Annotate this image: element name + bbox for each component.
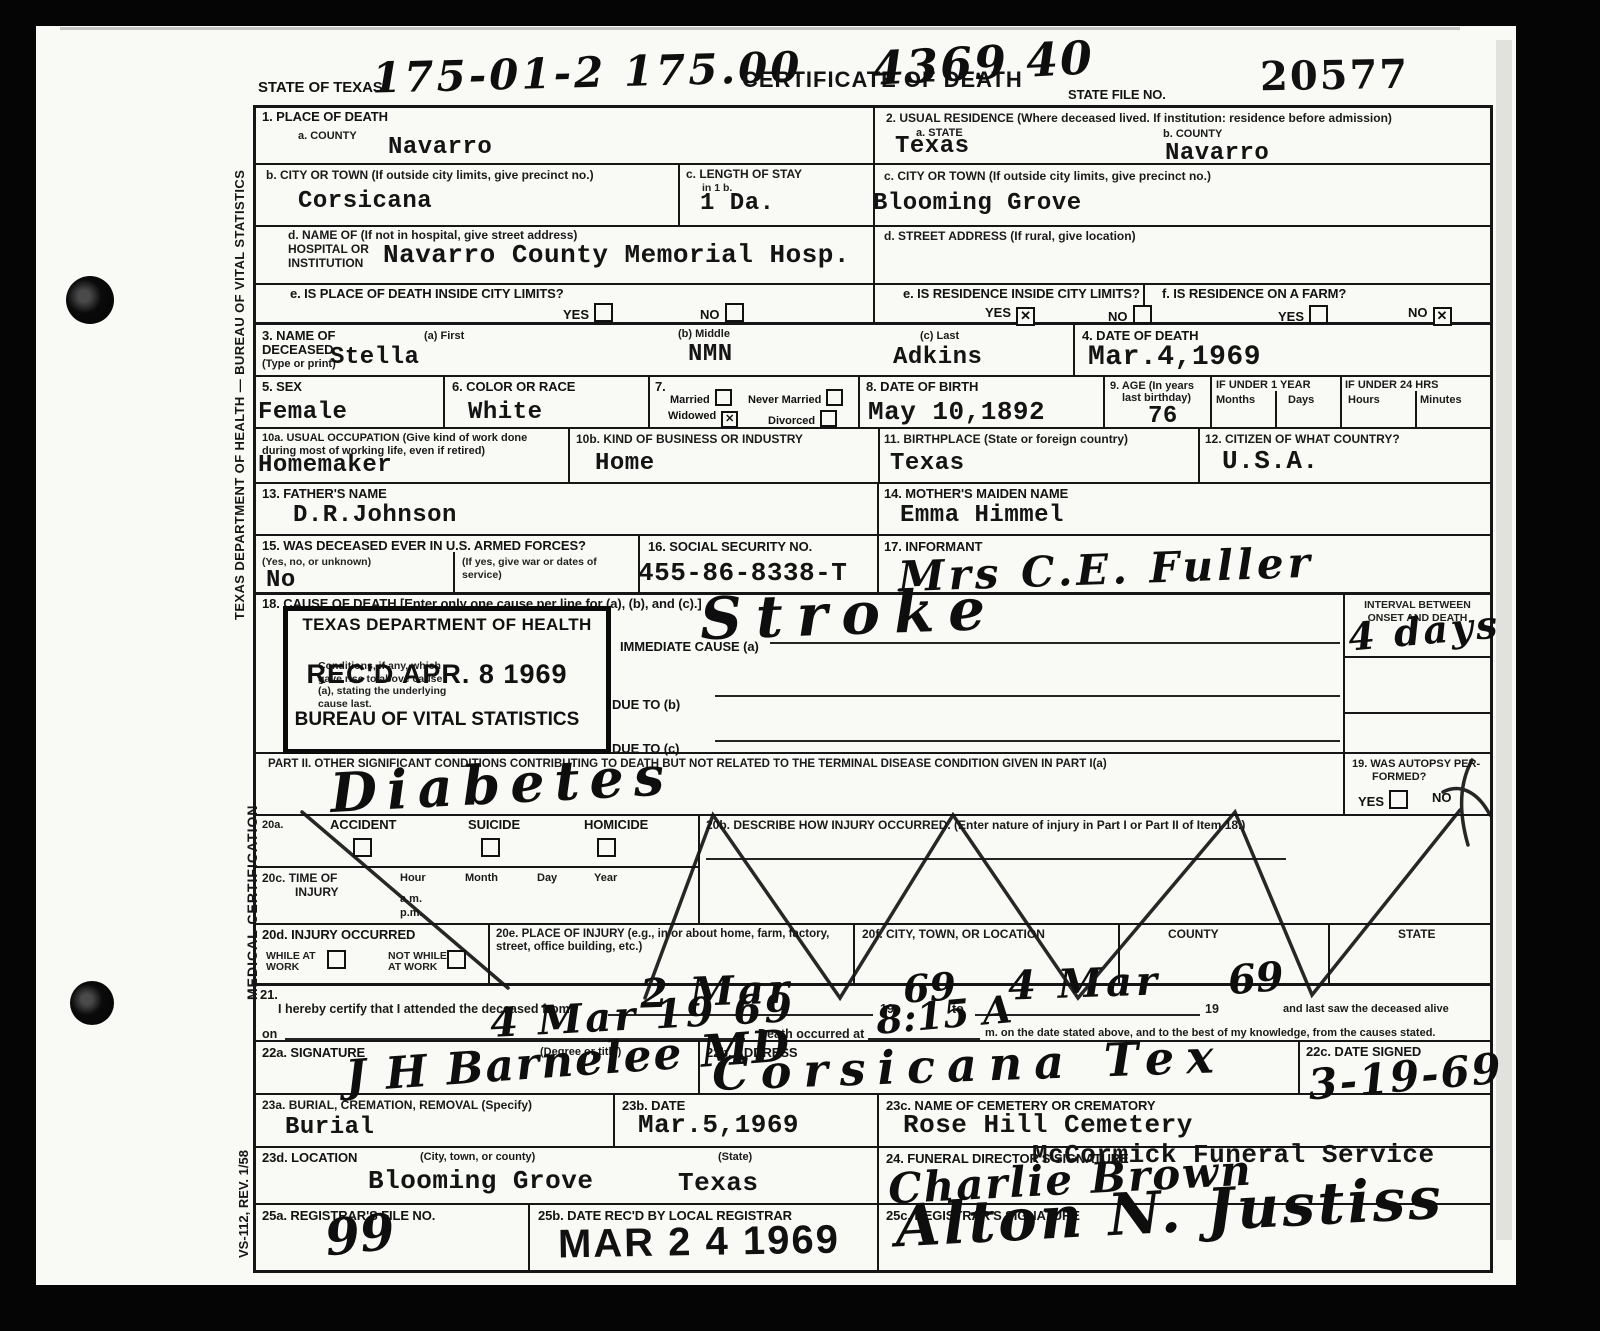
scan-edge-right [1516,0,1600,1331]
accident-suicide-homicide-num: 20a. [262,819,283,832]
checkbox-death-limits-yes [594,303,613,322]
homicide-checkbox-wrap [592,838,616,857]
while-at-work-label2: WORK [266,961,299,974]
burial-value: Burial [285,1114,374,1141]
fathers-name-label: 13. FATHER'S NAME [262,487,387,502]
if-under-24-hrs-label: IF UNDER 24 HRS [1345,379,1439,392]
birthplace-label: 11. BIRTHPLACE (State or foreign country… [884,433,1128,447]
not-while-at-work-checkbox-wrap [442,950,466,969]
checkbox-widowed: ✕ [721,411,738,428]
grid-line [253,1270,1493,1273]
grid-line [678,163,680,225]
middle-name-value: NMN [688,341,733,368]
checkbox-residence-limits-yes: ✕ [1016,307,1035,326]
residence-state-value: Texas [895,133,970,160]
grid-line [1328,923,1330,985]
city-or-town-label: b. CITY OR TOWN (If outside city limits,… [266,169,594,183]
hole-punch-top [66,276,114,324]
injury-city-label: 20f. CITY, TOWN, OR LOCATION [862,928,1045,942]
hospital-name-label2: HOSPITAL OR [288,243,369,257]
marital-divorced: Divorced [768,410,837,427]
length-of-stay-value: 1 Da. [700,190,775,217]
checkbox-suicide [481,838,500,857]
checkbox-farm-no: ✕ [1433,307,1452,326]
time-of-injury-label2: INJURY [295,886,339,900]
armed-forces-value: No [266,567,296,594]
death-inside-city-limits-label: e. IS PLACE OF DEATH INSIDE CITY LIMITS? [290,287,564,302]
residence-city-label: c. CITY OR TOWN (If outside city limits,… [884,170,1211,184]
checkbox-farm-yes [1309,305,1328,324]
while-at-work-checkbox-wrap [322,950,346,969]
hours-label: Hours [1348,394,1380,407]
scan-edge-top [0,0,1600,26]
marital-status-label: 7. [655,380,666,395]
grid-line [453,552,455,594]
death-limits-no: NO [700,303,744,322]
grid-line [253,375,1493,377]
grid-line [253,482,1493,484]
citizen-label: 12. CITIZEN OF WHAT COUNTRY? [1205,433,1400,447]
due-to-c-line [715,740,1340,742]
armed-forces-label: 15. WAS DECEASED EVER IN U.S. ARMED FORC… [262,539,632,554]
residence-on-farm-label: f. IS RESIDENCE ON A FARM? [1162,287,1346,302]
stamp-line2: REC'D APR. 8 1969 [288,659,586,690]
day-label: Day [537,872,557,885]
age-label: 9. AGE (In years [1110,380,1194,393]
county-label: a. COUNTY [298,130,357,143]
grid-line [1343,712,1490,714]
checkbox-residence-limits-no [1133,305,1152,324]
suicide-label: SUICIDE [468,818,520,833]
grid-line [1210,375,1212,429]
checkbox-divorced [820,410,837,427]
describe-injury-label: 20b. DESCRIBE HOW INJURY OCCURRED. (Ente… [706,819,1486,833]
certify-on: on [262,1027,277,1041]
hole-punch-bottom [70,981,114,1025]
mothers-maiden-name-label: 14. MOTHER'S MAIDEN NAME [884,487,1068,502]
am-label: a.m. [400,893,422,906]
cemetery-value: Rose Hill Cemetery [903,1110,1193,1140]
grid-line [253,534,1493,536]
scan-streak [60,27,1460,30]
residence-county-label: b. COUNTY [1163,128,1222,141]
autopsy-label: 19. WAS AUTOPSY PER- [1352,758,1480,771]
date-of-birth-value: May 10,1892 [868,397,1045,427]
race-value: White [468,399,543,426]
street-address-label: d. STREET ADDRESS (If rural, give locati… [884,230,1136,244]
certify-to-year: 69 [1226,953,1286,1005]
sidebar-form-number: VS-112, REV. 1/58 [236,1150,251,1258]
if-under-1-year-label: IF UNDER 1 YEAR [1216,379,1311,392]
length-of-stay-label: c. LENGTH OF STAY [686,168,802,182]
days-label: Days [1288,394,1314,407]
last-name-value: Adkins [893,344,982,371]
received-stamp: TEXAS DEPARTMENT OF HEALTH REC'D APR. 8 … [283,606,611,754]
grid-line [648,375,650,429]
not-while-at-work-label2: AT WORK [388,961,437,974]
grid-line [253,983,1493,986]
citizen-value: U.S.A. [1222,446,1319,476]
marital-never-married: Never Married [748,389,843,406]
injury-occurred-label: 20d. INJURY OCCURRED [262,928,415,943]
grid-line [253,923,1493,925]
marital-widowed: Widowed✕ [668,410,738,428]
scanned-death-certificate: TEXAS DEPARTMENT OF HEALTH — BUREAU OF V… [0,0,1600,1331]
grid-line [1275,391,1277,429]
immediate-cause-value: Stroke [699,575,1000,653]
hospital-name-label3: INSTITUTION [288,257,363,271]
grid-line [877,1093,879,1272]
burial-location-sub1: (City, town, or county) [420,1151,535,1164]
grid-line [853,923,855,985]
grid-line [253,427,1493,429]
grid-line [1490,105,1493,1273]
checkbox-accident [353,838,372,857]
grid-line [858,375,860,429]
due-to-b-label: DUE TO (b) [612,698,680,713]
date-received-stamp: MAR 2 4 1969 [558,1218,841,1268]
marital-married: Married [670,389,732,406]
fathers-name-value: D.R.Johnson [293,502,457,529]
ssn-label: 16. SOCIAL SECURITY NO. [648,540,812,555]
place-of-injury-label: 20e. PLACE OF INJURY (e.g., in or about … [496,928,841,954]
burial-date-value: Mar.5,1969 [638,1110,799,1140]
autopsy-yes: YES [1358,790,1408,809]
residence-city-value: Blooming Grove [873,190,1082,217]
state-file-no-label: STATE FILE NO. [1068,88,1166,103]
grid-line [253,105,256,1273]
grid-line [1298,1040,1300,1095]
time-of-injury-label: 20c. TIME OF [262,872,337,886]
sex-label: 5. SEX [262,380,302,395]
grid-line [698,814,700,925]
certify-19b: 19 [1205,1002,1219,1016]
hospital-name-value: Navarro County Memorial Hosp. [383,240,850,270]
autopsy-no: NO [1432,790,1452,805]
residence-limits-yes: YES✕ [985,305,1035,326]
farm-no: NO✕ [1408,305,1452,326]
accident-checkbox-wrap [348,838,372,857]
state-file-no-value: 20577 [1260,51,1410,101]
name-of-deceased-label3: (Type or print) [262,358,336,371]
first-name-value: Stella [330,344,419,371]
sex-value: Female [258,399,347,426]
checkbox-homicide [597,838,616,857]
usual-residence-title: 2. USUAL RESIDENCE (Where deceased lived… [886,112,1446,126]
residence-county-value: Navarro [1165,140,1269,167]
hour-label: Hour [400,872,426,885]
grid-line [1198,427,1200,484]
month-label: Month [465,872,498,885]
due-to-b-line [715,695,1340,697]
suicide-checkbox-wrap [476,838,500,857]
grid-line [1103,375,1105,429]
grid-line [613,1093,615,1148]
grid-line [488,923,490,985]
race-label: 6. COLOR OR RACE [452,380,575,395]
pm-label: p.m. [400,907,423,920]
checkbox-never-married [826,389,843,406]
injury-state-label: STATE [1398,928,1436,942]
farm-yes: YES [1278,305,1328,324]
registrar-file-no-value: 99 [322,1202,397,1268]
grid-line [878,427,880,484]
death-limits-yes: YES [563,303,613,322]
burial-location-state: Texas [678,1168,759,1198]
certify-text-3: and last saw the deceased alive [1283,1003,1493,1016]
burial-location-sub2: (State) [718,1151,752,1164]
date-of-birth-label: 8. DATE OF BIRTH [866,380,978,395]
sidebar-medical-certification-label: MEDICAL CERTIFICATION [244,805,260,1000]
place-of-death-title: 1. PLACE OF DEATH [262,110,388,125]
grid-line [1415,391,1417,429]
age-value: 76 [1148,403,1178,430]
certify-to-date: 4 Mar [1007,957,1162,1009]
scan-edge-bottom [0,1285,1600,1331]
year-label: Year [594,872,617,885]
grid-line [443,375,445,429]
middle-name-label: (b) Middle [678,328,730,341]
burial-location-city: Blooming Grove [368,1166,593,1196]
grid-line [1343,592,1345,816]
first-name-label: (a) First [424,330,464,343]
injury-county-label: COUNTY [1168,928,1219,942]
residence-inside-city-limits-label: e. IS RESIDENCE INSIDE CITY LIMITS? [903,287,1140,302]
last-name-label: (c) Last [920,330,959,343]
grid-line [877,482,879,594]
months-label: Months [1216,394,1255,407]
residence-limits-no: NO [1108,305,1152,324]
armed-forces-sub2: (If yes, give war or dates of service) [462,556,632,581]
birthplace-value: Texas [890,450,965,477]
injury-answer-line [706,858,1286,860]
industry-label: 10b. KIND OF BUSINESS OR INDUSTRY [576,433,803,447]
minutes-label: Minutes [1420,394,1462,407]
stamp-line3: BUREAU OF VITAL STATISTICS [288,709,586,731]
county-value: Navarro [388,134,492,161]
city-or-town-value: Corsicana [298,188,432,215]
grid-line [1340,375,1342,429]
grid-line [568,427,570,484]
mothers-maiden-name-value: Emma Himmel [900,502,1064,529]
checkbox-married [715,389,732,406]
sidebar-department-label: TEXAS DEPARTMENT OF HEALTH — BUREAU OF V… [232,170,247,620]
autopsy-label2: FORMED? [1372,771,1426,784]
checkbox-not-while-at-work [447,950,466,969]
checkbox-death-limits-no [725,303,744,322]
checkbox-autopsy-yes [1389,790,1408,809]
burial-label: 23a. BURIAL, CREMATION, REMOVAL (Specify… [262,1099,532,1113]
state-of-texas-label: STATE OF TEXAS [258,80,383,97]
grid-line [528,1203,530,1272]
scan-edge-left [0,0,36,1331]
stamp-line1: TEXAS DEPARTMENT OF HEALTH [298,615,596,635]
name-of-deceased-label2: DECEASED [262,343,333,358]
industry-value: Home [595,450,655,477]
certify-number: 21. [260,988,278,1003]
grid-line [253,866,700,868]
checkbox-while-at-work [327,950,346,969]
burial-location-label: 23d. LOCATION [262,1151,357,1166]
date-of-death-value: Mar.4,1969 [1088,342,1261,373]
grid-line [1073,322,1075,377]
homicide-label: HOMICIDE [584,818,648,833]
occupation-value: Homemaker [258,452,392,479]
